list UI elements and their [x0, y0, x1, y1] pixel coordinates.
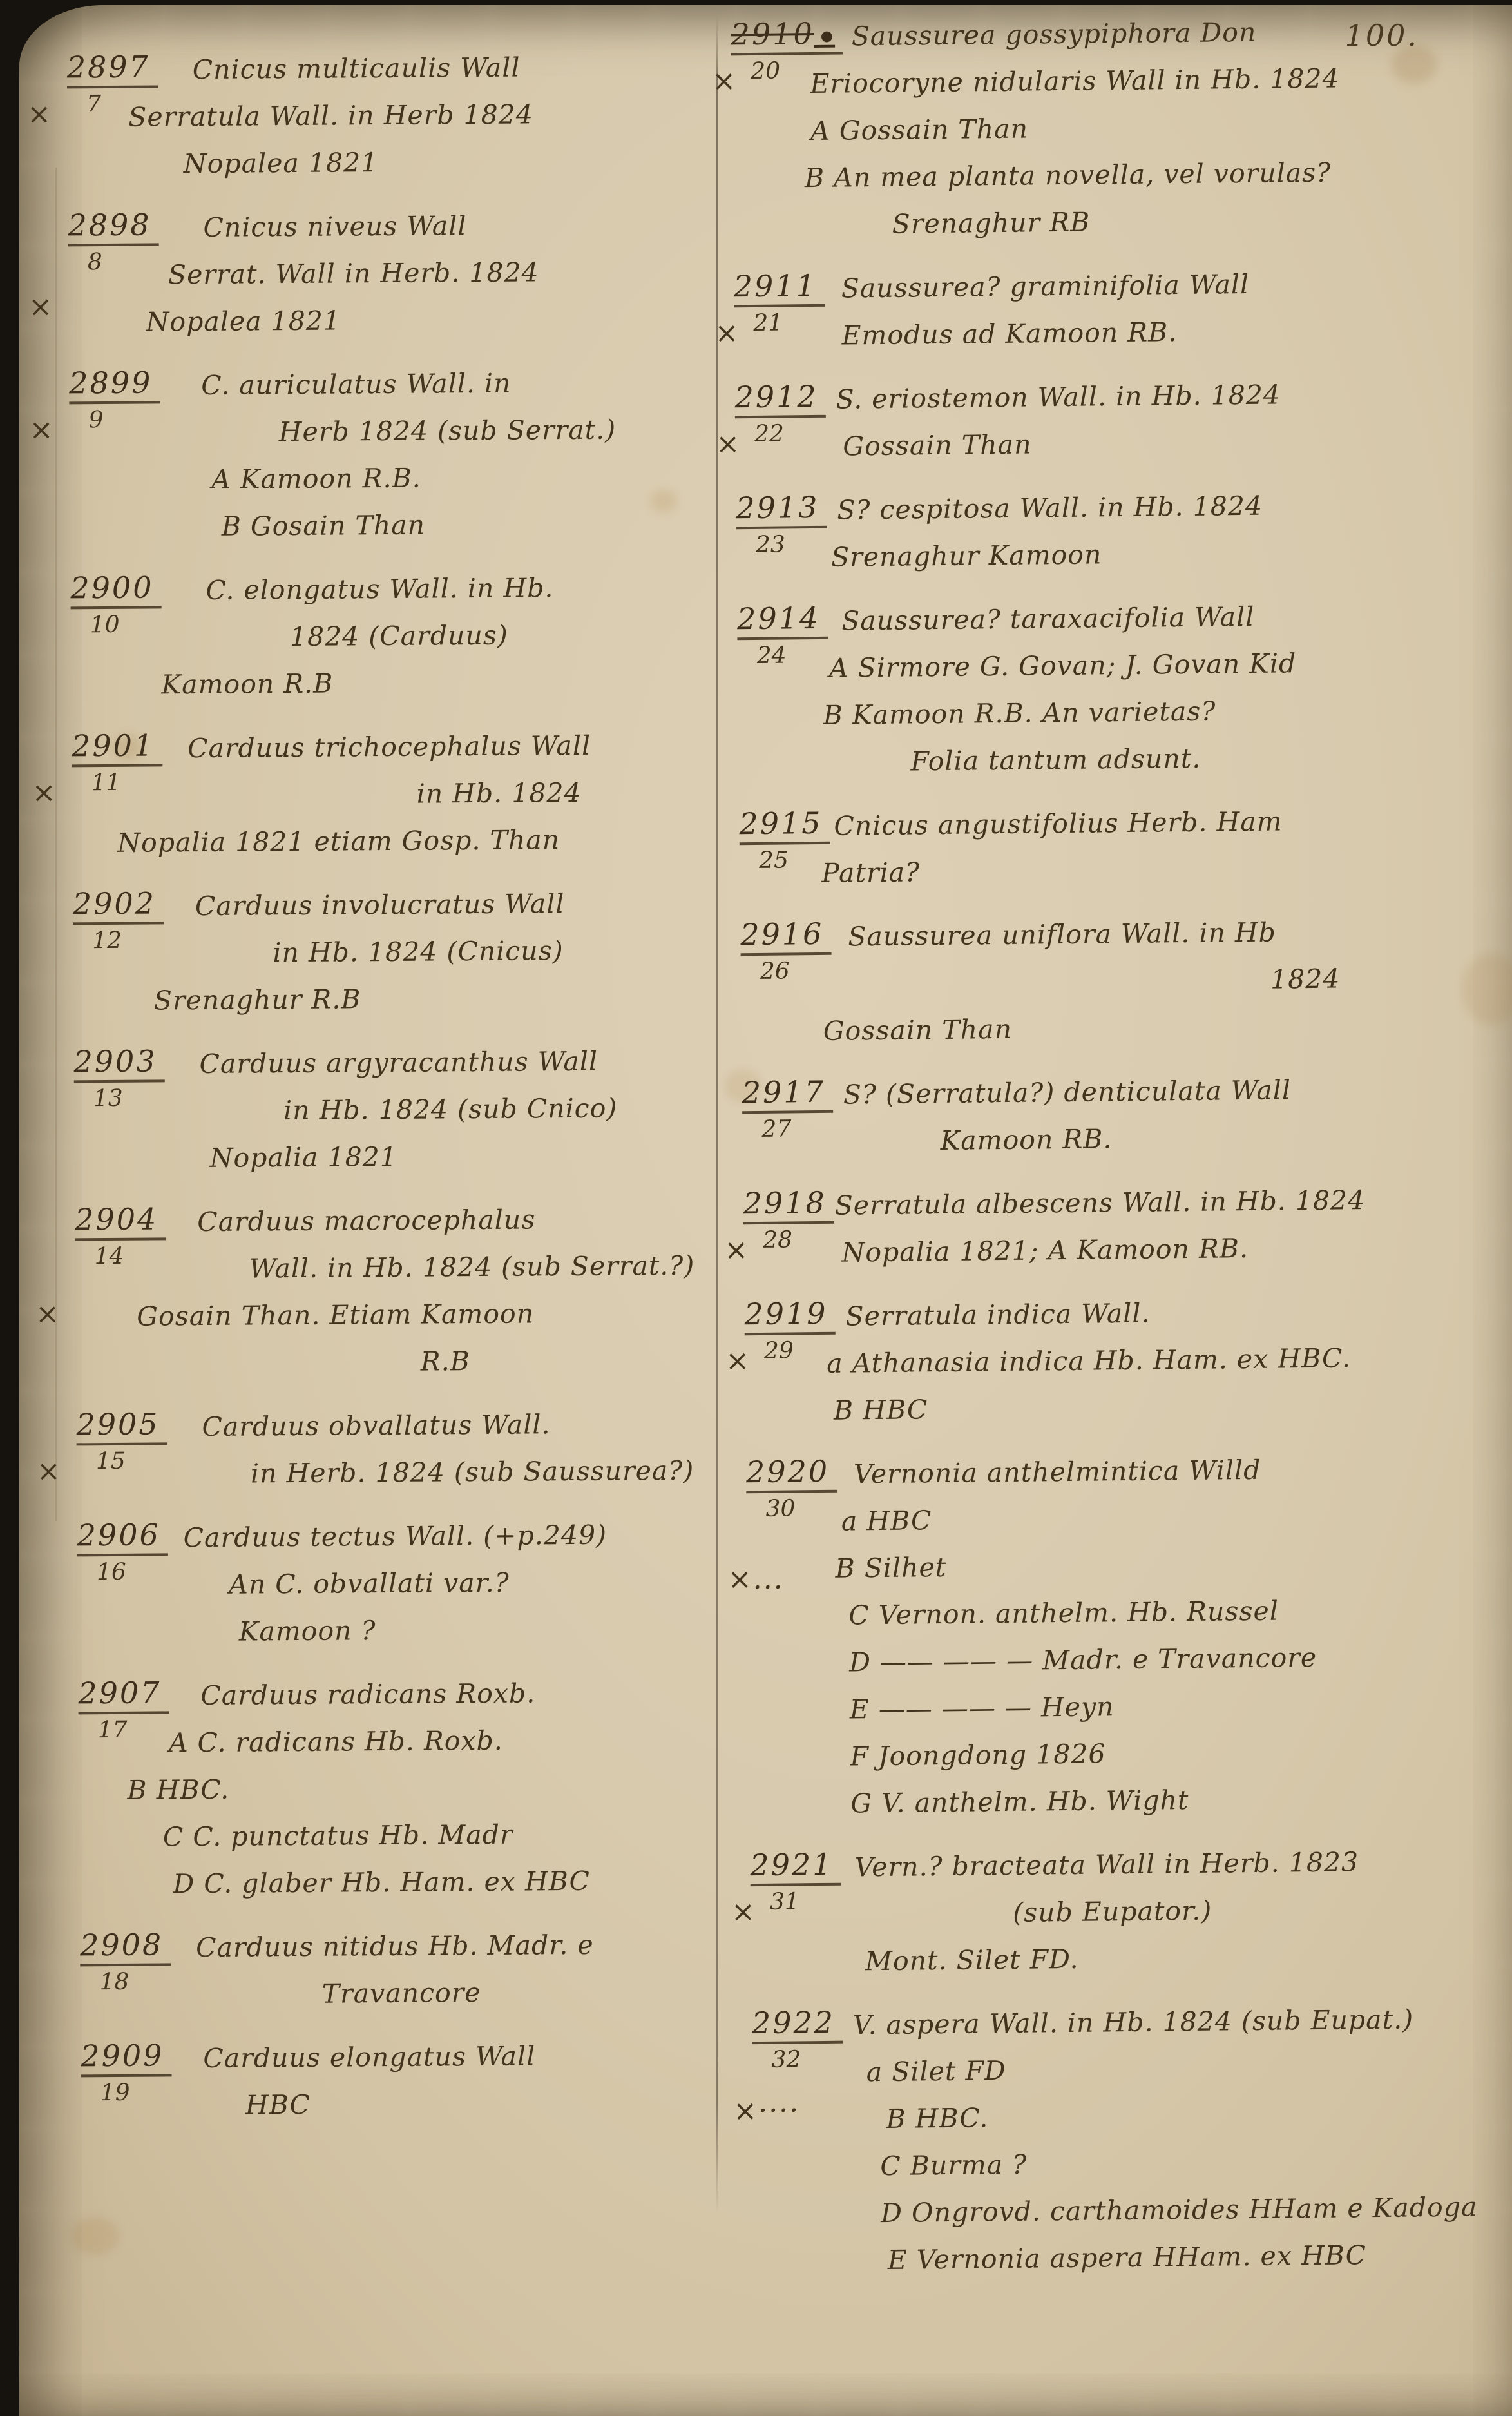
- x-mark: ×: [27, 98, 52, 131]
- running-no: 7: [86, 91, 101, 117]
- entry-line: B Silhet: [835, 1546, 1506, 1600]
- catalog-entry: ×291222S. eriostemon Wall. in Hb. 1824Go…: [742, 377, 1493, 479]
- entry-line: Saussurea gossypiphora Don: [851, 14, 1489, 68]
- catalog-no: 2901: [72, 728, 162, 767]
- catalog-entry: 290010C. elongatus Wall. in Hb.1824 (Car…: [57, 571, 709, 717]
- entry-number: 291929: [744, 1296, 836, 1364]
- running-no: 23: [756, 531, 785, 557]
- catalog-entry: ×292131Vern.? bracteata Wall in Herb. 18…: [758, 1845, 1509, 1994]
- entry-line: Saussurea uniflora Wall. in Hb: [848, 914, 1499, 969]
- running-no: 25: [759, 847, 789, 873]
- entry-line: S. eriostemon Wall. in Hb. 1824: [836, 377, 1493, 431]
- entry-line: B HBC.: [127, 1770, 716, 1821]
- entry-line: Carduus trichocephalus Wall: [187, 729, 709, 780]
- catalog-no: 2919: [744, 1296, 836, 1335]
- catalog-entry: ×291020Saussurea gossypiphora DonEriocor…: [738, 14, 1491, 257]
- catalog-no: 2920: [746, 1454, 837, 1493]
- entry-line: C. elongatus Wall. in Hb.: [206, 571, 708, 621]
- entry-number: 292131: [750, 1847, 841, 1915]
- entry-line: Srenaghur Kamoon: [831, 535, 1495, 589]
- entry-line: S? cespitosa Wall. in Hb. 1824: [837, 488, 1495, 542]
- catalog-entry: 290919Carduus elongatus WallHBC: [68, 2039, 719, 2138]
- catalog-no: 2898: [68, 207, 158, 246]
- catalog-entry: ×28988Cnicus niveus WallSerrat. Wall in …: [55, 209, 707, 354]
- entry-line: Nopalia 1821: [209, 1139, 712, 1189]
- entry-line: A Sirmore G. Govan; J. Govan Kid: [829, 646, 1497, 700]
- catalog-no: 2899: [69, 365, 160, 404]
- entry-line: C C. punctatus Hb. Madr: [163, 1817, 717, 1868]
- entry-number: 28988: [68, 207, 159, 275]
- running-no: 20: [751, 58, 780, 84]
- entry-number: 291121: [733, 268, 825, 336]
- entry-line: Emodus ad Kamoon RB.: [841, 313, 1493, 367]
- catalog-no: 2911: [733, 268, 825, 307]
- entry-line: Carduus radicans Roxb.: [200, 1676, 716, 1727]
- entry-line: G V. anthelm. Hb. Wight: [850, 1781, 1508, 1835]
- entry-line: B HBC: [834, 1388, 1504, 1442]
- entry-number: 290717: [78, 1675, 169, 1743]
- running-no: 31: [770, 1888, 799, 1915]
- entry-line: Kamoon R.B: [161, 665, 709, 716]
- entry-line: Serrat. Wall in Herb. 1824: [168, 256, 706, 307]
- entry-line: Carduus obvallatus Wall.: [202, 1407, 714, 1458]
- entry-line: Cnicus angustifolius Herb. Ham: [834, 804, 1498, 858]
- entry-line: Serratula indica Wall.: [845, 1294, 1503, 1348]
- entry-line: C Vernon. anthelm. Hb. Russel: [848, 1593, 1506, 1647]
- entry-line: R.B: [421, 1344, 714, 1393]
- entry-line: Srenaghur R.B: [154, 981, 711, 1032]
- entry-line: a Silet FD: [866, 2050, 1511, 2103]
- entry-line: 1824: [1270, 962, 1500, 1011]
- entry-line: Saussurea? graminifolia Wall: [841, 266, 1493, 320]
- running-no: 8: [88, 249, 102, 275]
- entry-line: A Kamoon R.B.: [211, 460, 707, 510]
- catalog-no: 2902: [73, 885, 164, 925]
- entry-line: B An mea planta novella, vel vorulas?: [805, 155, 1491, 209]
- entry-line: Folia tantum adsunt.: [910, 740, 1497, 793]
- entry-line: Serratula albescens Wall. in Hb. 1824: [834, 1183, 1502, 1237]
- catalog-entry: 290313Carduus argyracanthus Wallin Hb. 1…: [61, 1045, 713, 1190]
- running-no: 13: [93, 1085, 123, 1112]
- entry-line: a HBC: [841, 1499, 1506, 1553]
- x-mark: ×····: [733, 2094, 799, 2127]
- entry-line: 1824 (Carduus): [290, 618, 709, 668]
- entry-number: 290616: [77, 1517, 168, 1585]
- entry-line: An C. obvallati var.?: [229, 1565, 715, 1616]
- x-mark: ×: [35, 1298, 61, 1331]
- entry-number: 291727: [742, 1074, 834, 1143]
- catalog-no: 2905: [76, 1406, 167, 1445]
- manuscript-page: { "page": { "number": "100.", "ink_color…: [0, 0, 1512, 2416]
- entry-line: E Vernonia aspera HHam. ex HBC: [888, 2238, 1512, 2292]
- entry-line: Kamoon ?: [239, 1612, 716, 1663]
- entry-line: Gossain Than: [843, 424, 1494, 478]
- catalog-no: 2900: [70, 570, 161, 609]
- x-mark: ×...: [727, 1563, 783, 1596]
- entry-line: Patria?: [821, 851, 1498, 905]
- entry-line: Nopalia 1821 etiam Gosp. Than: [117, 823, 710, 874]
- catalog-entry: 291424Saussurea? taraxacifolia WallA Sir…: [745, 599, 1497, 795]
- entry-line: in Herb. 1824 (sub Saussurea?): [251, 1454, 714, 1505]
- running-no: 18: [99, 1969, 129, 1995]
- catalog-no: 2914: [737, 601, 828, 640]
- entry-line: in Hb. 1824 (sub Cnico): [283, 1092, 712, 1142]
- entry-line: B Gosain Than: [222, 507, 708, 557]
- catalog-no: 2904: [75, 1201, 166, 1241]
- entry-number: 28999: [69, 365, 160, 433]
- entry-line: F Joongdong 1826: [850, 1734, 1507, 1788]
- catalog-entry: ×····292232V. aspera Wall. in Hb. 1824 (…: [760, 2003, 1512, 2293]
- catalog-entry: 290818Carduus nitidus Hb. Madr. eTravanc…: [67, 1928, 718, 2027]
- running-no: 15: [96, 1448, 126, 1474]
- entry-number: 291323: [736, 490, 827, 558]
- catalog-entry: ×...292030Vernonia anthelmintica Willda …: [754, 1452, 1508, 1836]
- catalog-no: 2913: [736, 490, 827, 529]
- running-no: 9: [88, 407, 103, 433]
- running-no: 14: [95, 1243, 124, 1270]
- x-mark: ×: [32, 777, 57, 809]
- entry-line: Gosain Than. Etiam Kamoon: [137, 1297, 713, 1348]
- entry-line: in Hb. 1824 (Cnicus): [273, 934, 711, 984]
- running-no: 28: [763, 1226, 792, 1253]
- entry-line: Carduus nitidus Hb. Madr. e: [196, 1928, 718, 1979]
- entry-number: 291020: [731, 16, 843, 85]
- x-mark: ×: [30, 414, 55, 447]
- entry-number: 290414: [75, 1201, 166, 1270]
- running-no: 24: [757, 642, 787, 668]
- catalog-no: 2915: [739, 806, 830, 845]
- catalog-no: 2916: [740, 916, 832, 956]
- running-no: 21: [753, 310, 783, 336]
- right-column: ×291020Saussurea gossypiphora DonEriocor…: [738, 14, 1512, 2310]
- entry-line: Saussurea? taraxacifolia Wall: [841, 599, 1496, 653]
- running-no: 11: [91, 769, 120, 796]
- entry-number: 290212: [73, 885, 164, 954]
- left-column: ×28977Cnicus multicaulis WallSerratula W…: [54, 51, 720, 2155]
- entry-line: Cnicus multicaulis Wall: [193, 51, 705, 102]
- catalog-entry: 290616Carduus tectus Wall. (+p.249)An C.…: [64, 1518, 716, 1664]
- entry-line: D Ongrovd. carthamoides HHam e Kadoga: [881, 2191, 1512, 2245]
- catalog-entry: 290717Carduus radicans Roxb.A C. radican…: [65, 1676, 718, 1916]
- entry-number: 290111: [72, 728, 163, 796]
- entry-line: Kamoon RB.: [940, 1119, 1501, 1172]
- x-mark: ×: [37, 1455, 62, 1488]
- entry-line: Srenaghur RB: [892, 202, 1491, 256]
- entry-line: Wall. in Hb. 1824 (sub Serrat.?): [249, 1250, 713, 1300]
- entry-number: 290515: [76, 1406, 167, 1474]
- catalog-no: 2912: [734, 379, 826, 418]
- entry-line: Carduus argyracanthus Wall: [199, 1045, 711, 1096]
- catalog-entry: ×290111Carduus trichocephalus Wallin Hb.…: [59, 729, 711, 875]
- catalog-no: 2917: [742, 1074, 834, 1114]
- catalog-no: 2918: [743, 1185, 834, 1224]
- catalog-no: 2906: [77, 1517, 167, 1556]
- entry-number: 292232: [752, 2005, 843, 2073]
- entry-line: Carduus tectus Wall. (+p.249): [184, 1518, 715, 1569]
- entry-line: S? (Serratula?) denticulata Wall: [843, 1072, 1501, 1126]
- catalog-no: 2909: [81, 2038, 171, 2077]
- entry-line: Vern.? bracteata Wall in Herb. 1823: [854, 1845, 1509, 1899]
- entry-number: 28977: [67, 49, 158, 117]
- running-no: 30: [765, 1495, 795, 1522]
- catalog-no: 2922: [752, 2005, 843, 2044]
- running-no: 27: [761, 1116, 791, 1142]
- entry-line: B HBC.: [886, 2097, 1511, 2150]
- x-mark: ×: [28, 291, 53, 324]
- running-no: 22: [754, 420, 784, 447]
- catalog-entry: 291727S? (Serratula?) denticulata WallKa…: [750, 1072, 1501, 1174]
- running-no: 19: [100, 2080, 130, 2106]
- entry-line: A C. radicans Hb. Roxb.: [169, 1723, 716, 1774]
- entry-line: Mont. Silet FD.: [865, 1939, 1510, 1993]
- catalog-entry: ×290414Carduus macrocephalusWall. in Hb.…: [62, 1203, 714, 1395]
- entry-number: 292030: [746, 1454, 837, 1522]
- entry-line: (sub Eupator.): [1013, 1892, 1509, 1944]
- entry-line: E —— —— — Heyn: [850, 1687, 1507, 1741]
- catalog-entry: 290212Carduus involucratus Wallin Hb. 18…: [60, 887, 712, 1032]
- entry-number: 291424: [737, 601, 828, 669]
- entry-line: C Burma ?: [880, 2144, 1512, 2198]
- catalog-entry: ×291929Serratula indica Wall.a Athanasia…: [752, 1294, 1504, 1443]
- entry-line: Vernonia anthelmintica Willd: [854, 1452, 1505, 1506]
- entry-line: Gossain Than: [823, 1009, 1500, 1063]
- catalog-entry: 291525Cnicus angustifolius Herb. HamPatr…: [747, 804, 1498, 905]
- entry-line: Carduus macrocephalus: [197, 1203, 713, 1253]
- running-no: 10: [90, 612, 120, 638]
- catalog-entry: 291323S? cespitosa Wall. in Hb. 1824Sren…: [743, 488, 1495, 590]
- entry-line: in Hb. 1824: [416, 776, 709, 825]
- entry-line: Herb 1824 (sub Serrat.): [279, 414, 707, 464]
- running-no: 29: [764, 1337, 794, 1364]
- entry-line: Travancore: [321, 1975, 718, 2025]
- catalog-entry: ×28977Cnicus multicaulis WallSerratula W…: [54, 51, 706, 197]
- catalog-entry: ×290515Carduus obvallatus Wall.in Herb. …: [63, 1407, 714, 1506]
- entry-line: Serratula Wall. in Herb 1824: [128, 98, 705, 149]
- entry-line: Nopalea 1821: [146, 303, 706, 354]
- running-no: 12: [92, 927, 122, 954]
- entry-line: Eriocoryne nidularis Wall in Hb. 1824: [810, 61, 1490, 115]
- entry-line: Cnicus niveus Wall: [203, 209, 705, 259]
- catalog-no: 2908: [80, 1927, 171, 1966]
- catalog-entry: ×291121Saussurea? graminifolia WallEmodu…: [742, 266, 1493, 368]
- entry-line: Carduus involucratus Wall: [195, 887, 711, 938]
- catalog-entry: ×291828Serratula albescens Wall. in Hb. …: [751, 1183, 1502, 1285]
- catalog-no: 2921: [750, 1847, 841, 1886]
- running-no: 17: [98, 1717, 128, 1743]
- running-no: 32: [771, 2046, 801, 2073]
- catalog-no: 2907: [78, 1675, 169, 1714]
- entry-line: B Kamoon R.B. An varietas?: [823, 693, 1497, 747]
- catalog-no: 2897: [67, 49, 158, 88]
- catalog-entry: 291626Saussurea uniflora Wall. in Hb1824…: [748, 914, 1500, 1063]
- entry-number: 291222: [734, 379, 826, 447]
- running-no: 16: [97, 1559, 126, 1585]
- entry-number: 290919: [81, 2038, 172, 2106]
- entry-number: 291828: [743, 1185, 834, 1253]
- entry-line: D —— —— — Madr. e Travancore: [849, 1640, 1507, 1694]
- entry-line: a Athanasia indica Hb. Ham. ex HBC.: [827, 1341, 1504, 1395]
- entry-line: HBC: [245, 2086, 719, 2136]
- entry-line: Nopalea 1821: [184, 145, 705, 196]
- catalog-no: 2903: [73, 1043, 164, 1083]
- entry-number: 290818: [80, 1927, 171, 1995]
- entry-line: D C. glaber Hb. Ham. ex HBC: [173, 1864, 717, 1915]
- entry-number: 290313: [73, 1043, 165, 1112]
- catalog-no: 2910: [731, 16, 843, 56]
- entry-line: C. auriculatus Wall. in: [201, 367, 707, 417]
- entry-number: 291626: [740, 916, 832, 985]
- entry-number: 290010: [70, 570, 162, 638]
- entry-number: 291525: [739, 806, 830, 874]
- running-no: 26: [760, 958, 790, 984]
- entry-line: Nopalia 1821; A Kamoon RB.: [841, 1230, 1502, 1284]
- catalog-entry: ×28999C. auriculatus Wall. inHerb 1824 (…: [56, 367, 708, 559]
- entry-line: A Gossain Than: [810, 108, 1491, 162]
- entry-line: V. aspera Wall. in Hb. 1824 (sub Eupat.): [853, 2003, 1511, 2057]
- entry-line: Carduus elongatus Wall: [203, 2039, 718, 2090]
